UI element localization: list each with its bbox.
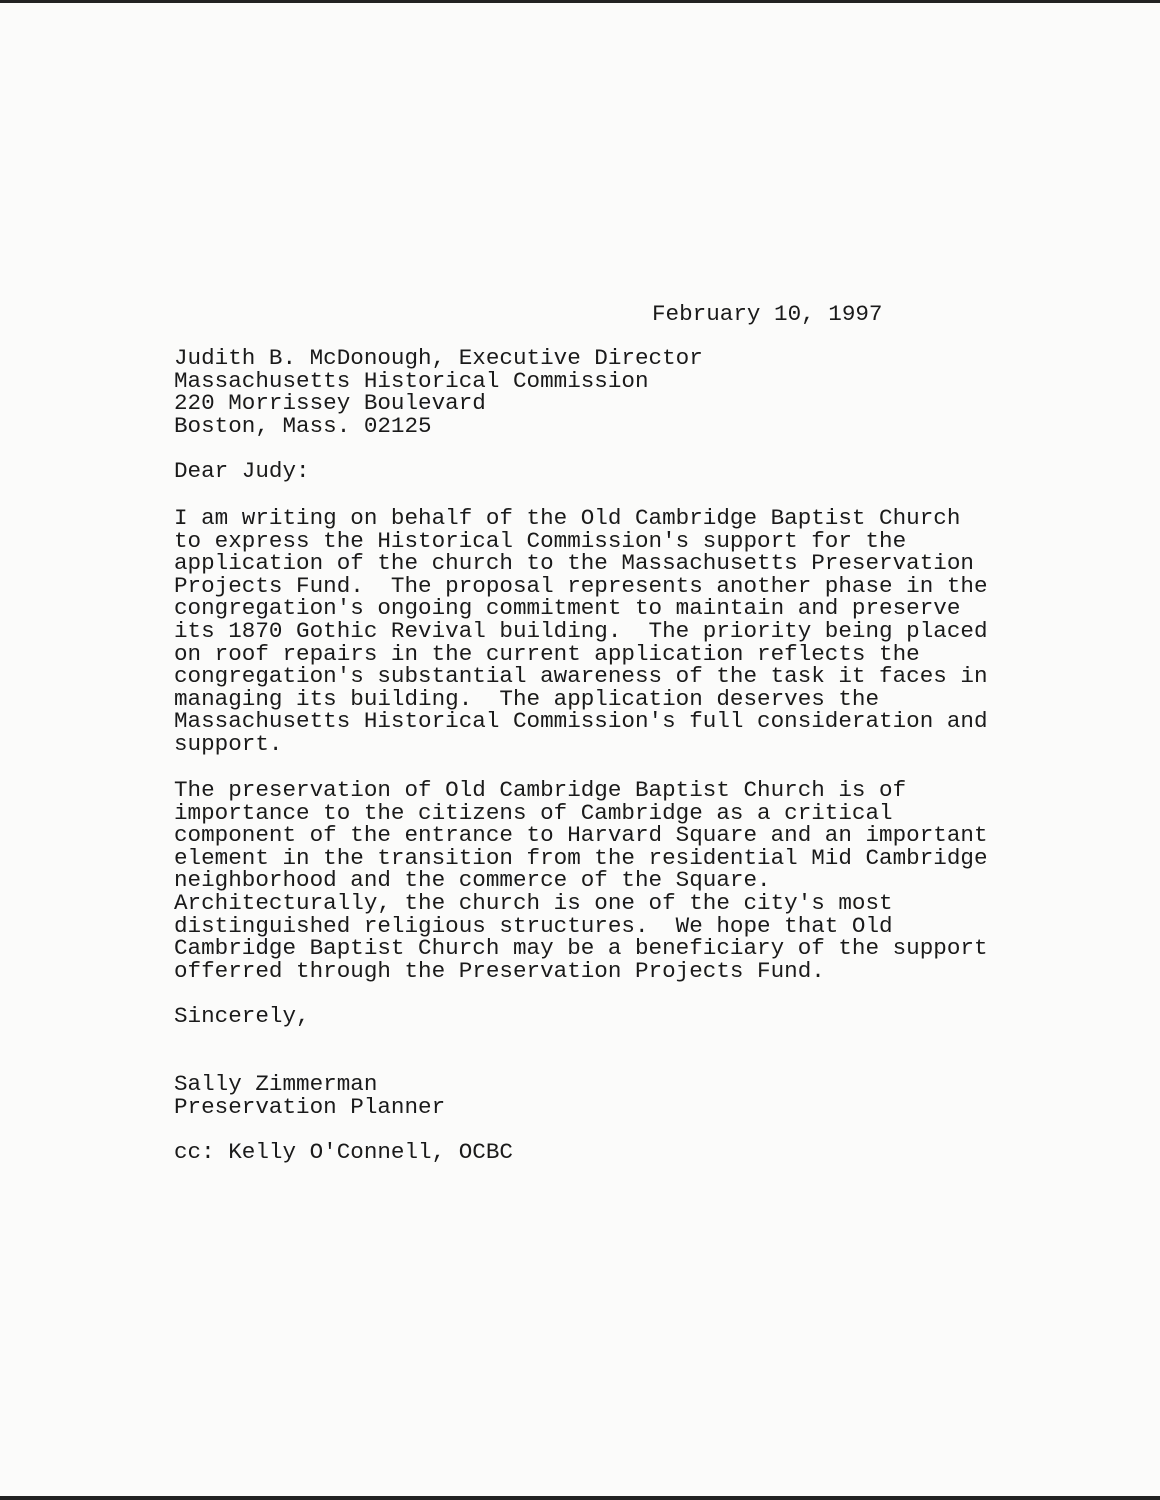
paragraph-line: support. [174,733,988,756]
paragraph-line: to express the Historical Commission's s… [174,530,988,553]
paragraph-line: The preservation of Old Cambridge Baptis… [174,779,988,802]
body-paragraph-2: The preservation of Old Cambridge Baptis… [174,779,988,982]
paragraph-line: component of the entrance to Harvard Squ… [174,824,988,847]
recipient-address: Judith B. McDonough, Executive Director … [174,347,703,437]
paragraph-line: element in the transition from the resid… [174,847,988,870]
recipient-city-line: Boston, Mass. 02125 [174,415,703,438]
paragraph-line: on roof repairs in the current applicati… [174,643,988,666]
letter-page: February 10, 1997 Judith B. McDonough, E… [0,0,1160,1500]
body-paragraph-1: I am writing on behalf of the Old Cambri… [174,507,988,756]
recipient-name-line: Judith B. McDonough, Executive Director [174,347,703,370]
paragraph-line: managing its building. The application d… [174,688,988,711]
letter-date: February 10, 1997 [652,303,883,326]
cc-line: cc: Kelly O'Connell, OCBC [174,1141,513,1164]
signer-name: Sally Zimmerman [174,1073,445,1096]
signer-title: Preservation Planner [174,1096,445,1119]
recipient-street-line: 220 Morrissey Boulevard [174,392,703,415]
recipient-org-line: Massachusetts Historical Commission [174,370,703,393]
paragraph-line: Projects Fund. The proposal represents a… [174,575,988,598]
paragraph-line: offerred through the Preservation Projec… [174,960,988,983]
paragraph-line: neighborhood and the commerce of the Squ… [174,869,988,892]
scan-border-bottom [0,1496,1160,1500]
paragraph-line: application of the church to the Massach… [174,552,988,575]
paragraph-line: congregation's substantial awareness of … [174,665,988,688]
paragraph-line: Architecturally, the church is one of th… [174,892,988,915]
paragraph-line: I am writing on behalf of the Old Cambri… [174,507,988,530]
paragraph-line: its 1870 Gothic Revival building. The pr… [174,620,988,643]
paragraph-line: Cambridge Baptist Church may be a benefi… [174,937,988,960]
paragraph-line: congregation's ongoing commitment to mai… [174,597,988,620]
salutation: Dear Judy: [174,460,310,483]
paragraph-line: Massachusetts Historical Commission's fu… [174,710,988,733]
paragraph-line: distinguished religious structures. We h… [174,915,988,938]
signature-block: Sally Zimmerman Preservation Planner [174,1073,445,1118]
paragraph-line: importance to the citizens of Cambridge … [174,802,988,825]
closing: Sincerely, [174,1005,310,1028]
